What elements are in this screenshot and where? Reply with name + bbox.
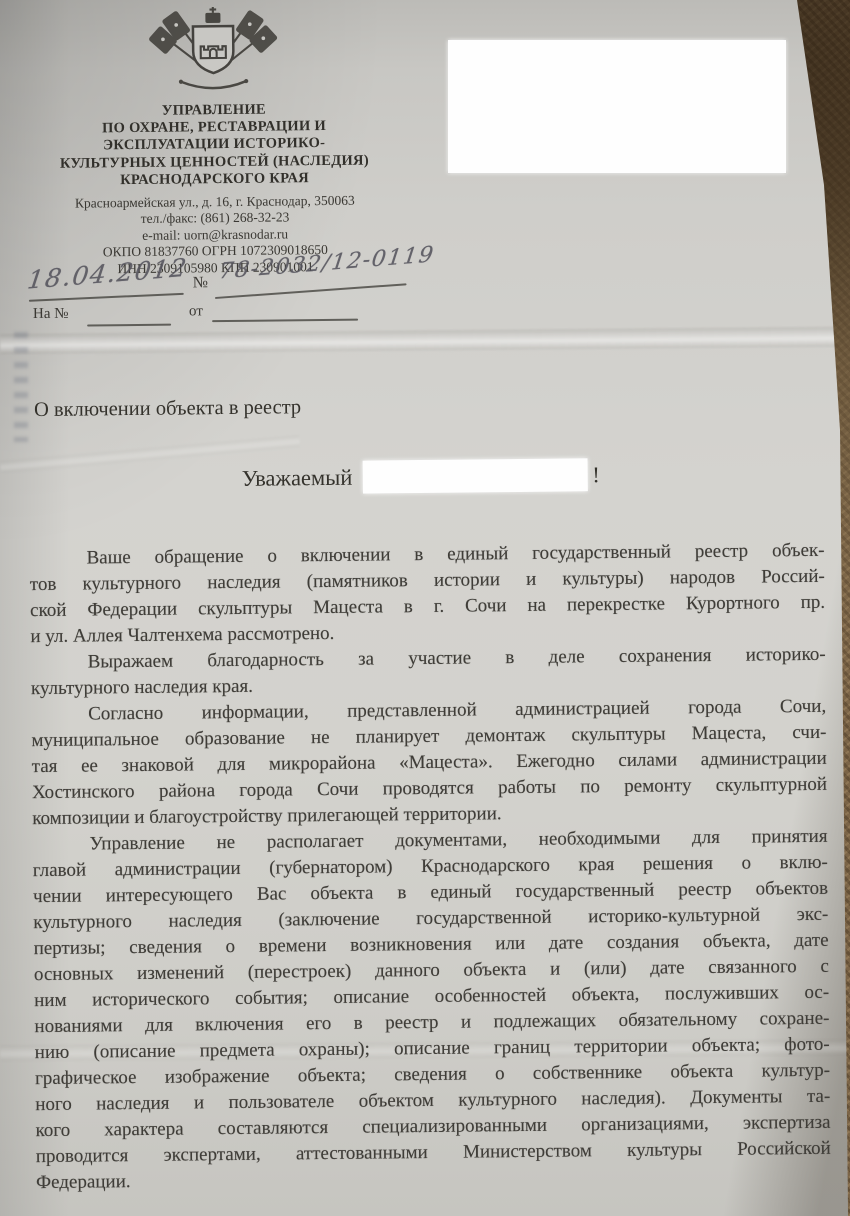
redaction-box-name [362,458,587,493]
number-sign: № [193,274,208,292]
subject-line: О включении объекта в реестр [34,396,301,422]
reply-number-underline [87,324,171,326]
paragraph: Согласно информации, представленной адми… [31,694,827,832]
letter-content: УПРАВЛЕНИЕ ПО ОХРАНЕ, РЕСТАВРАЦИИ И ЭКСП… [0,0,850,1216]
date-underline [29,293,184,302]
redaction-box-addressee [448,40,786,173]
paragraph: Ваше обращение о включении в единый госу… [29,538,825,650]
number-underline [215,283,407,299]
salutation-suffix: ! [592,462,600,487]
reply-number-label: На № [33,306,69,323]
letter-paper: УПРАВЛЕНИЕ ПО ОХРАНЕ, РЕСТАВРАЦИИ И ЭКСП… [0,0,850,1216]
photo-scene: УПРАВЛЕНИЕ ПО ОХРАНЕ, РЕСТАВРАЦИИ И ЭКСП… [0,0,850,1216]
salutation-prefix: Уважаемый [242,465,353,491]
body-paragraphs: Ваше обращение о включении в единый госу… [29,538,831,1196]
letterhead: УПРАВЛЕНИЕ ПО ОХРАНЕ, РЕСТАВРАЦИИ И ЭКСП… [24,4,405,278]
reply-date-label: от [189,303,203,320]
reply-date-underline [212,319,358,322]
paragraph: Выражаем благодарность за участие в деле… [31,642,827,702]
organization-name: УПРАВЛЕНИЕ ПО ОХРАНЕ, РЕСТАВРАЦИИ И ЭКСП… [25,100,404,190]
salutation: Уважаемый! [242,458,600,495]
krasnodar-krai-coat-of-arms-icon [138,5,289,99]
paragraph: Управление не располагает документами, н… [32,824,831,1196]
